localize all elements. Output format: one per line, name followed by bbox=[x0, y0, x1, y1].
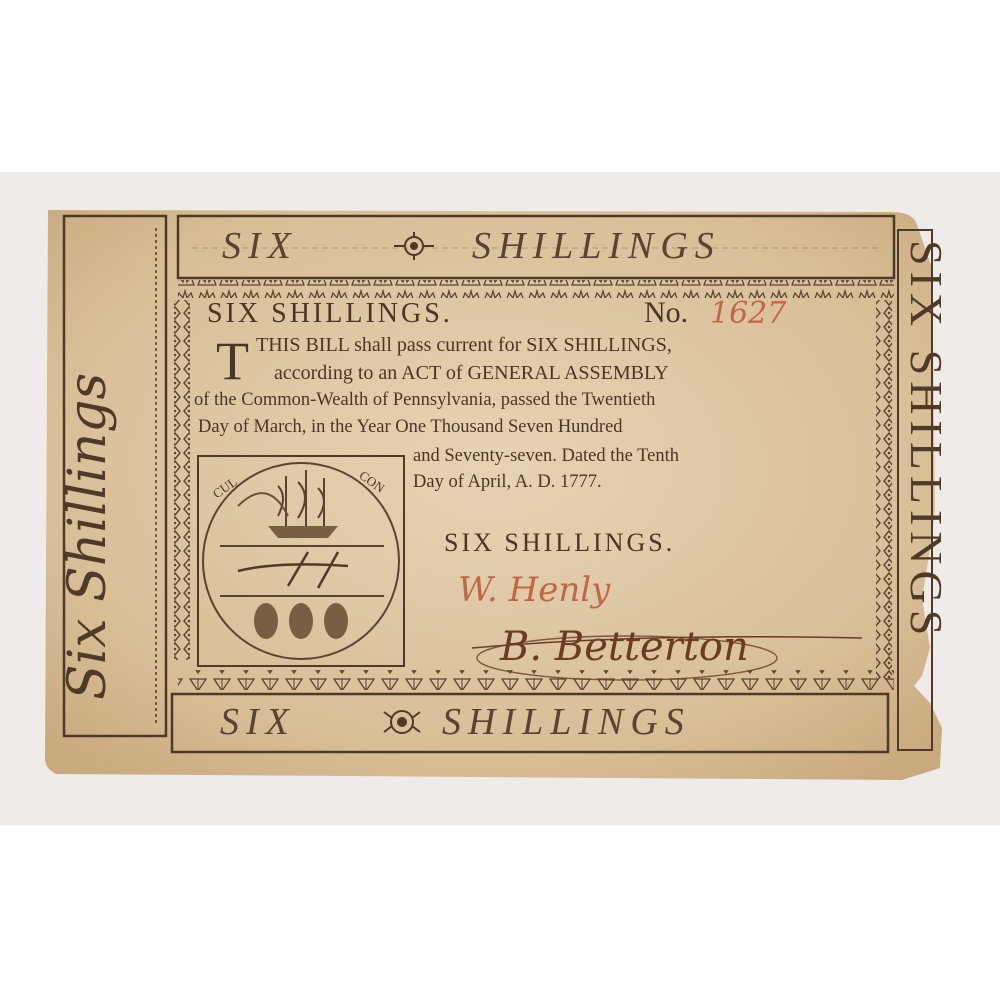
left-vertical-script: Six Shillings bbox=[58, 373, 118, 700]
signature-henly: W. Henly bbox=[458, 570, 610, 610]
body-line-3: of the Common-Wealth of Pennsylvania, pa… bbox=[194, 390, 655, 411]
top-band-shillings: SHILLINGS bbox=[472, 224, 721, 268]
body-line-1: THIS BILL shall pass current for SIX SHI… bbox=[256, 334, 672, 357]
right-vertical-text: SIX SHILLINGS bbox=[900, 240, 953, 641]
body-line-2: according to an ACT of GENERAL ASSEMBLY bbox=[274, 362, 669, 385]
heading-six-shillings: SIX SHILLINGS. bbox=[207, 298, 453, 330]
body-line-4: Day of March, in the Year One Thousand S… bbox=[198, 417, 623, 438]
signature-betterton: B. Betterton bbox=[500, 624, 749, 670]
denomination-footer: SIX SHILLINGS. bbox=[444, 528, 675, 558]
banknote: SIX SHILLINGS SIX SHILLINGS SIX SHILLING… bbox=[42, 208, 957, 786]
bottom-band-shillings: SHILLINGS bbox=[442, 700, 691, 744]
bottom-band-six: SIX bbox=[220, 700, 296, 744]
serial-number: 1627 bbox=[710, 296, 786, 331]
body-line-6: Day of April, A. D. 1777. bbox=[413, 472, 602, 493]
number-label: No. bbox=[644, 296, 688, 330]
body-line-5: and Seventy-seven. Dated the Tenth bbox=[413, 446, 679, 467]
drop-cap: T bbox=[216, 334, 249, 388]
top-band-six: SIX bbox=[222, 224, 298, 268]
